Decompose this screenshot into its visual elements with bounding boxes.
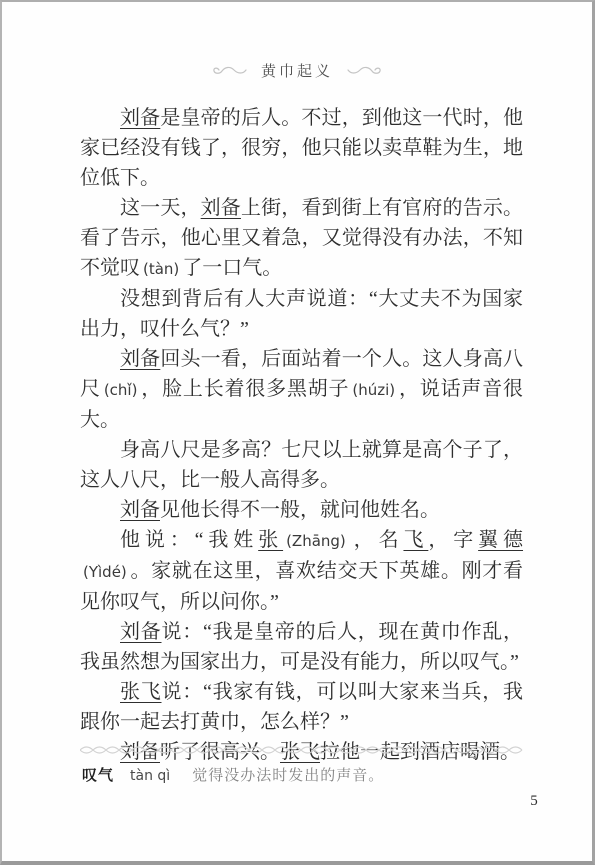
book-page: 黄巾起义 刘备是皇帝的后人。不过，到他这一代时，他家已经没有钱了，很穷，他只能以… xyxy=(0,0,595,865)
text-segment: 。家就在这里，喜欢结交天下英雄。刚才看见你叹气，所以问你。” xyxy=(80,560,523,613)
story-paragraph: 没想到背后有人大声说道：“大丈夫不为国家出力，叹什么气？” xyxy=(80,284,523,344)
text-segment: 了一口气。 xyxy=(182,257,282,279)
proper-noun: 飞 xyxy=(403,529,428,551)
pinyin-annotation: (Zhāng) xyxy=(286,532,346,550)
text-segment: 他说：“我姓 xyxy=(120,529,258,551)
pinyin-annotation: (tàn) xyxy=(143,260,179,278)
text-segment: 见他长得不一般，就问他姓名。 xyxy=(160,499,440,521)
braid-wave-icon xyxy=(80,747,522,753)
proper-noun: 刘备 xyxy=(120,348,160,370)
story-paragraph: 张飞说：“我家有钱，可以叫大家来当兵，我跟你一起去打黄巾，怎么样？” xyxy=(80,677,523,737)
story-body: 刘备是皇帝的后人。不过，到他这一代时，他家已经没有钱了，很穷，他只能以卖草鞋为生… xyxy=(80,103,523,767)
story-paragraph: 这一天，刘备上街，看到街上有官府的告示。看了告示，他心里又着急，又觉得没有办法，… xyxy=(80,193,523,284)
chapter-title: 黄巾起义 xyxy=(261,60,333,81)
text-segment: 身高八尺是多高？七尺以上就算是高个子了，这人八尺，比一般人高得多。 xyxy=(80,439,523,491)
story-paragraph: 刘备回头一看，后面站着一个人。这人身高八尺(chǐ)，脸上长着很多黑胡子(húz… xyxy=(80,344,523,435)
footnote-definition: 觉得没办法时发出的声音。 xyxy=(192,764,384,785)
proper-noun: 刘备 xyxy=(120,107,160,129)
proper-noun: 刘备 xyxy=(120,621,162,643)
story-paragraph: 刘备见他长得不一般，就问他姓名。 xyxy=(80,495,523,525)
text-segment: ，名 xyxy=(349,529,404,551)
text-segment: ，脸上长着很多黑胡子 xyxy=(140,378,349,400)
proper-noun: 刘备 xyxy=(120,499,160,521)
page-number: 5 xyxy=(520,793,548,810)
proper-noun: 翼德 xyxy=(478,529,523,551)
story-paragraph: 刘备是皇帝的后人。不过，到他这一代时，他家已经没有钱了，很穷，他只能以卖草鞋为生… xyxy=(80,103,523,193)
pinyin-annotation: (chǐ) xyxy=(104,381,138,399)
footnote-term: 叹气 xyxy=(82,764,114,785)
pinyin-annotation: (Yìdé) xyxy=(83,563,127,581)
proper-noun: 张飞 xyxy=(120,681,162,703)
footnote: 叹气 tàn qì 觉得没办法时发出的声音。 xyxy=(82,764,384,785)
story-paragraph: 他说：“我姓张(Zhāng)，名飞，字翼德(Yìdé)。家就在这里，喜欢结交天下… xyxy=(80,525,523,617)
text-segment: ，字 xyxy=(428,529,478,551)
text-segment: 这一天， xyxy=(120,197,201,219)
proper-noun: 刘备 xyxy=(201,197,241,219)
header-flourish-right-icon xyxy=(346,65,382,77)
story-paragraph: 刘备说：“我是皇帝的后人，现在黄巾作乱，我虽然想为国家出力，可是没有能力，所以叹… xyxy=(80,617,523,677)
chapter-header: 黄巾起义 xyxy=(2,60,592,81)
header-flourish-left-icon xyxy=(212,65,248,77)
footnote-divider xyxy=(80,744,523,756)
text-segment: 没想到背后有人大声说道：“大丈夫不为国家出力，叹什么气？” xyxy=(80,288,523,340)
footnote-pinyin: tàn qì xyxy=(130,768,170,784)
proper-noun: 张 xyxy=(258,529,283,551)
pinyin-annotation: (húzi) xyxy=(352,381,395,399)
story-paragraph: 身高八尺是多高？七尺以上就算是高个子了，这人八尺，比一般人高得多。 xyxy=(80,435,523,495)
